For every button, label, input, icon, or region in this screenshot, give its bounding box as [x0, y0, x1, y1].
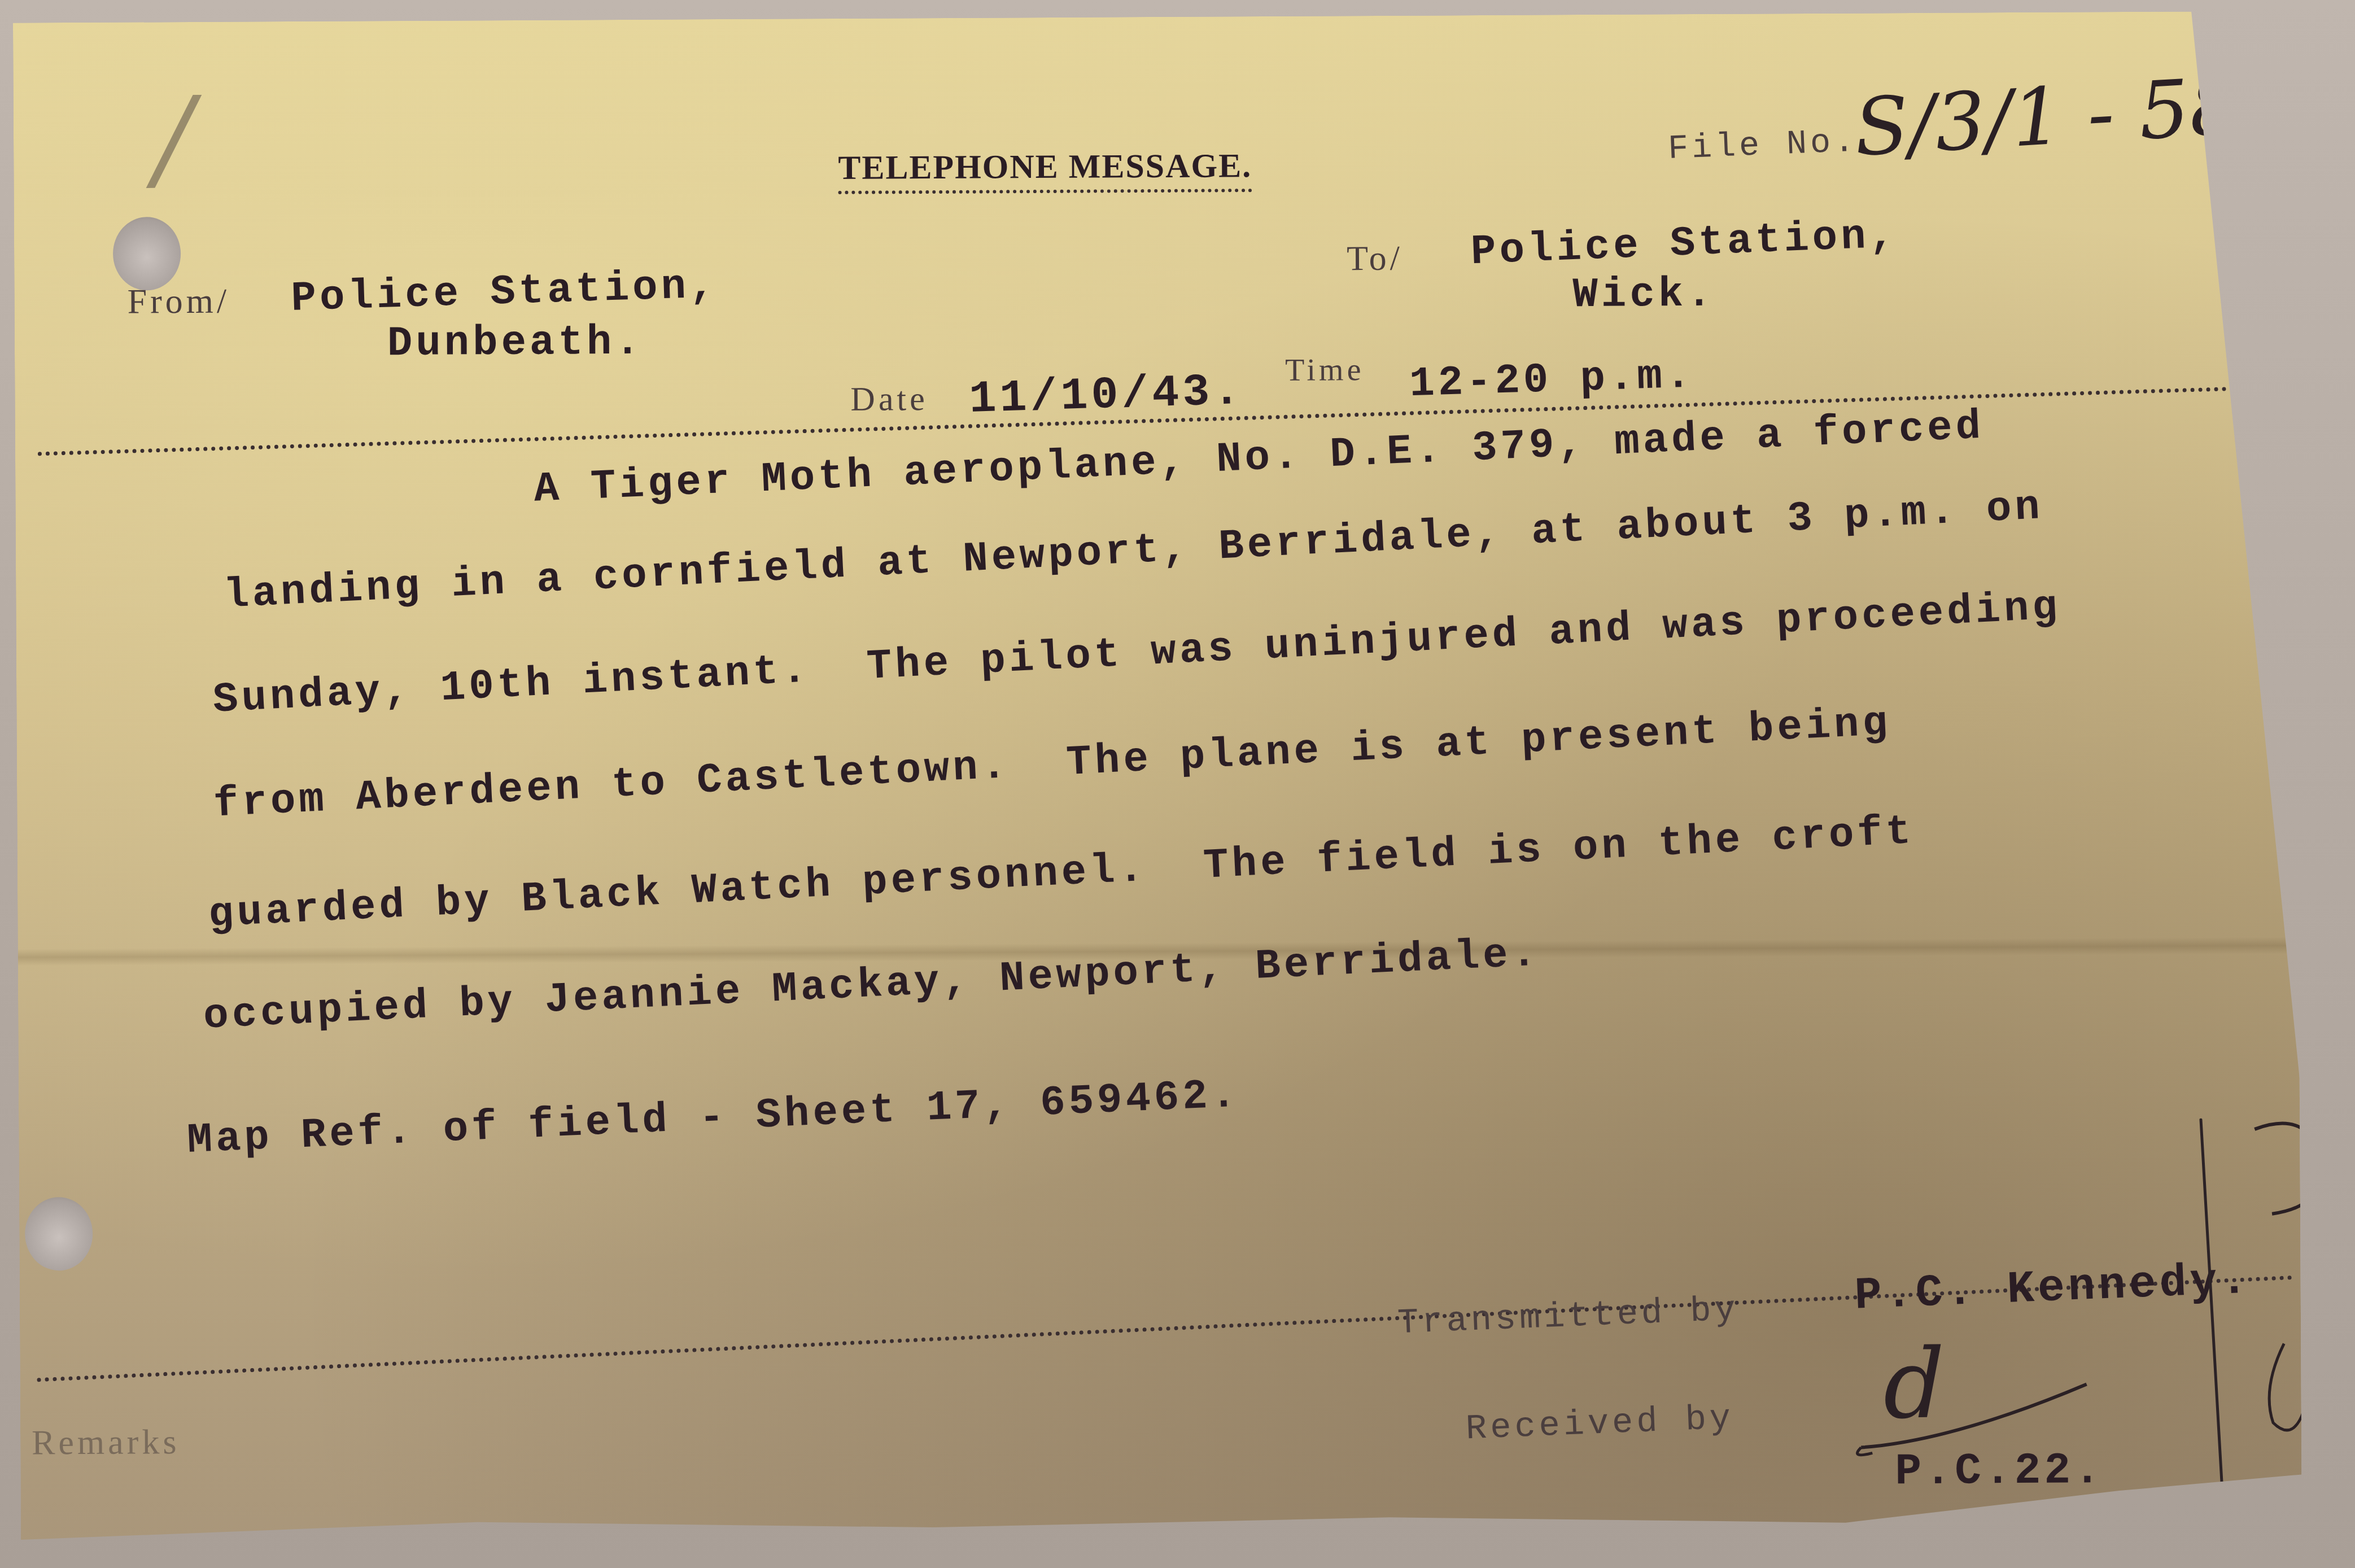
- transmitted-by-value: P.C. Kennedy.: [1854, 1255, 2252, 1322]
- from-label: From/: [127, 282, 230, 322]
- message-line-5: guarded by Black Watch personnel. The fi…: [207, 808, 1915, 939]
- received-by-value: P.C.22.: [1895, 1446, 2104, 1497]
- from-town: Dunbeath.: [387, 319, 644, 368]
- message-line-7: Map Ref. of field - Sheet 17, 659462.: [186, 1072, 1240, 1165]
- punch-hole-bottom: [25, 1197, 93, 1271]
- file-no-label: File No.: [1667, 123, 1859, 169]
- time-label: Time: [1285, 352, 1365, 388]
- message-line-4: from Aberdeen to Castletown. The plane i…: [212, 700, 1892, 829]
- from-station: Police Station,: [290, 262, 718, 323]
- date-label: Date: [850, 379, 928, 419]
- remarks-label: Remarks: [32, 1422, 180, 1463]
- document-title: TELEPHONE MESSAGE.: [838, 146, 1252, 194]
- telephone-message-form: / TELEPHONE MESSAGE. File No. S/3/1 - 58…: [13, 11, 2302, 1547]
- time-value: 12-20 p.m.: [1409, 352, 1694, 408]
- received-by-label: Received by: [1465, 1398, 1735, 1449]
- punch-hole-top: [113, 217, 181, 291]
- to-station: Police Station,: [1470, 212, 1899, 276]
- handwritten-vertical-stroke: [2199, 1119, 2224, 1502]
- handwritten-tick-mark: /: [154, 73, 193, 204]
- to-label: To/: [1347, 239, 1403, 279]
- to-town: Wick.: [1572, 271, 1715, 319]
- transmitted-by-label: Transmitted by: [1397, 1290, 1740, 1343]
